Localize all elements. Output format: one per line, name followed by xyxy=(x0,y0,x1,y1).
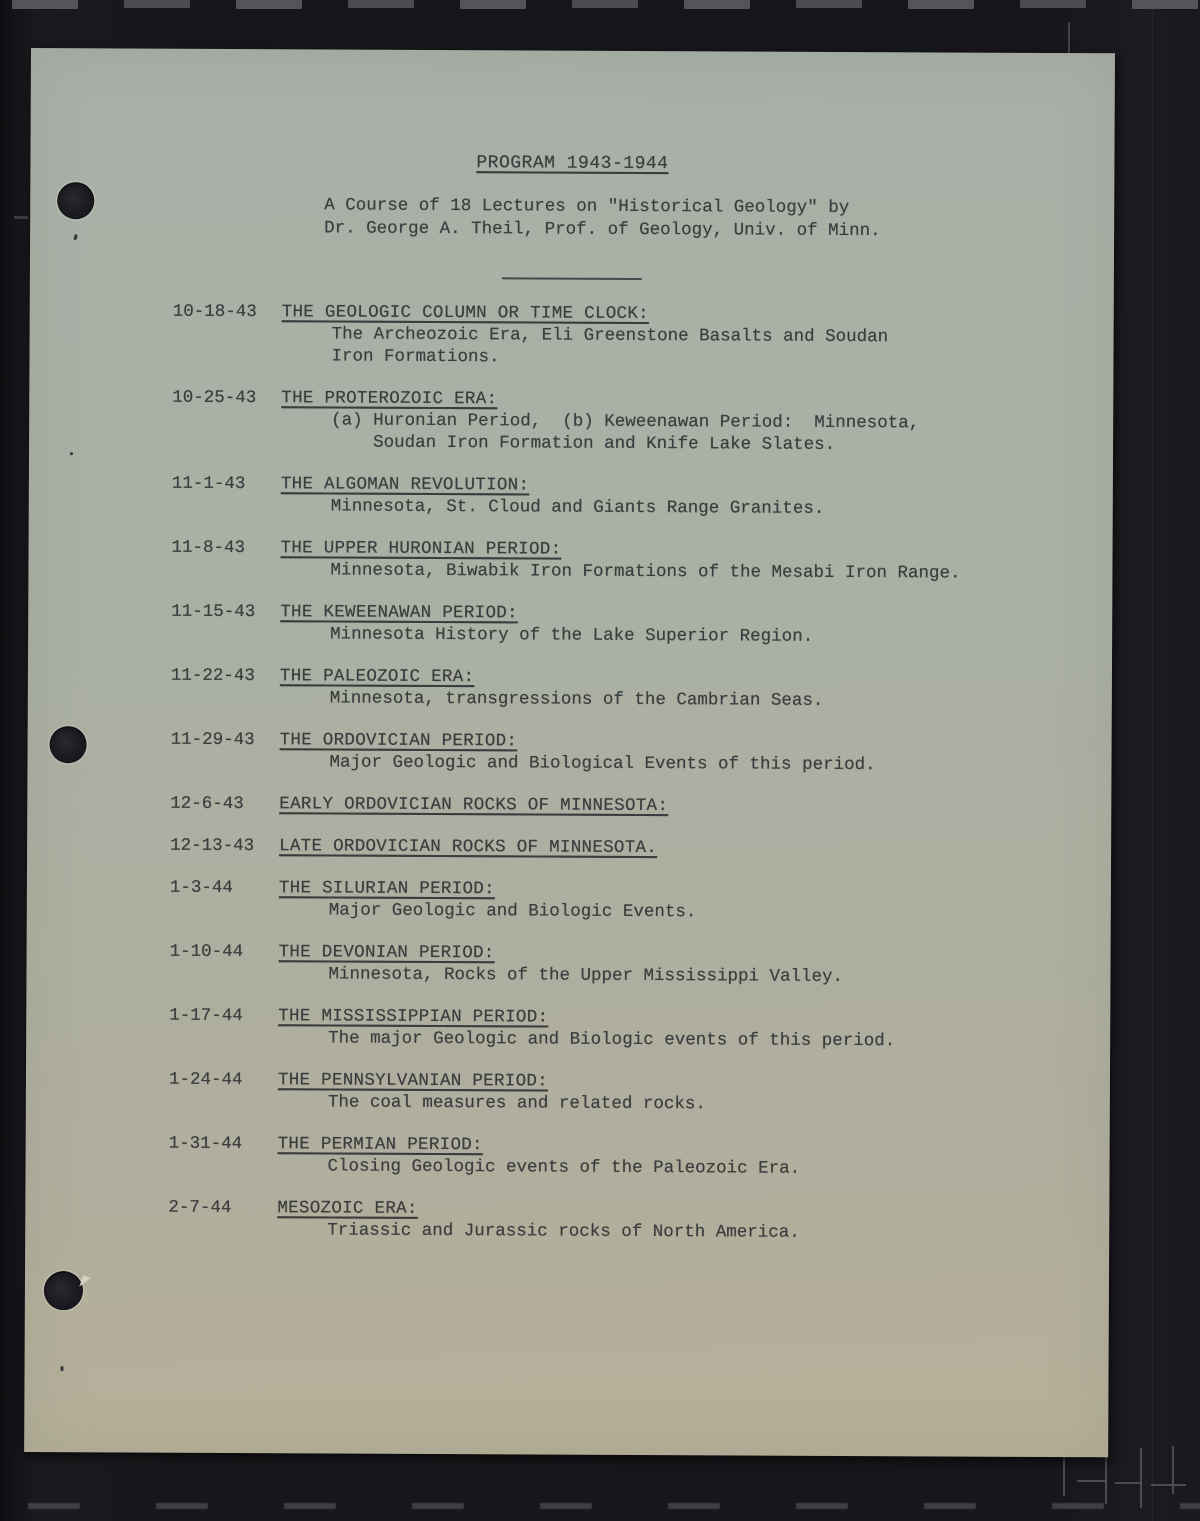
lecture-row: 11-1-43 THE ALGOMAN REVOLUTION: Minnesot… xyxy=(172,473,1073,521)
lecture-title: THE MISSISSIPPIAN PERIOD: xyxy=(278,1005,548,1028)
punch-hole-bottom xyxy=(44,1271,83,1310)
lecture-description: (a) Huronian Period, (b) Keweenawan Peri… xyxy=(281,409,1073,457)
scan-background: PROGRAM 1943-1944 A Course of 18 Lecture… xyxy=(0,0,1200,1521)
sprocket-dash xyxy=(156,1503,208,1509)
sprocket-dash xyxy=(668,1503,720,1509)
sprocket-dash xyxy=(236,0,302,9)
lecture-row: 2-7-44 MESOZOIC ERA: Triassic and Jurass… xyxy=(168,1197,1069,1245)
punch-hole-middle xyxy=(50,726,87,763)
scratch-mark xyxy=(1115,1482,1142,1484)
sprocket-dash xyxy=(1132,0,1198,9)
lecture-title: MESOZOIC ERA: xyxy=(277,1197,418,1220)
lecture-date: 11-22-43 xyxy=(171,665,280,710)
scratch-mark xyxy=(1151,1484,1186,1486)
lecture-description: The coal measures and related rocks. xyxy=(278,1091,1070,1117)
scratch-mark xyxy=(1172,1446,1174,1494)
lecture-row: 12-6-43 EARLY ORDOVICIAN ROCKS OF MINNES… xyxy=(170,793,1071,819)
lecture-date: 2-7-44 xyxy=(168,1197,277,1242)
lecture-title: THE GEOLOGIC COLUMN OR TIME CLOCK: xyxy=(282,301,649,325)
lecture-description: The Archeozoic Era, Eli Greenstone Basal… xyxy=(281,323,1073,371)
lecture-description: Minnesota, St. Cloud and Giants Range Gr… xyxy=(281,495,1073,521)
lecture-date: 1-31-44 xyxy=(168,1133,277,1178)
lecture-description: Major Geologic and Biological Events of … xyxy=(279,751,1071,777)
lecture-row: 10-18-43 THE GEOLOGIC COLUMN OR TIME CLO… xyxy=(172,301,1073,371)
lecture-row: 11-15-43 THE KEWEENAWAN PERIOD: Minnesot… xyxy=(171,601,1072,649)
page-title: PROGRAM 1943-1944 xyxy=(30,150,1114,177)
sprocket-dash xyxy=(348,0,414,8)
sprocket-dash xyxy=(924,1503,976,1509)
lecture-row: 1-17-44 THE MISSISSIPPIAN PERIOD: The ma… xyxy=(169,1005,1070,1053)
document-page: PROGRAM 1943-1944 A Course of 18 Lecture… xyxy=(24,48,1115,1457)
lecture-list: 10-18-43 THE GEOLOGIC COLUMN OR TIME CLO… xyxy=(168,301,1114,1246)
lecture-title: THE PROTEROZOIC ERA: xyxy=(281,387,497,410)
sprocket-strip-top xyxy=(0,0,1200,9)
paper-tear-tab xyxy=(79,1275,90,1289)
ink-speck xyxy=(61,1366,64,1371)
lecture-title: THE ALGOMAN REVOLUTION: xyxy=(281,473,530,496)
lecture-date: 10-18-43 xyxy=(172,301,281,368)
sprocket-dash xyxy=(284,1503,336,1509)
lecture-date: 1-3-44 xyxy=(170,877,279,922)
lecture-row: 11-8-43 THE UPPER HURONIAN PERIOD: Minne… xyxy=(171,537,1072,585)
lecture-date: 12-13-43 xyxy=(170,835,279,858)
lecture-date: 1-17-44 xyxy=(169,1005,278,1050)
punch-hole-top xyxy=(57,182,94,219)
sprocket-dash xyxy=(124,0,190,8)
lecture-row: 1-31-44 THE PERMIAN PERIOD: Closing Geol… xyxy=(168,1133,1069,1181)
lecture-date: 12-6-43 xyxy=(170,793,279,816)
sprocket-dash xyxy=(460,0,526,9)
sprocket-dash xyxy=(572,0,638,8)
separator-rule xyxy=(502,277,642,280)
lecture-title: THE UPPER HURONIAN PERIOD: xyxy=(281,537,562,560)
lecture-title: THE KEWEENAWAN PERIOD: xyxy=(280,601,518,624)
lecture-description: The major Geologic and Biologic events o… xyxy=(278,1027,1070,1053)
sprocket-strip-bottom xyxy=(0,1503,1200,1509)
scratch-mark xyxy=(1105,1450,1107,1504)
film-seam xyxy=(1152,0,1153,1521)
scratch-mark xyxy=(1140,1448,1142,1508)
lecture-title: LATE ORDOVICIAN ROCKS OF MINNESOTA. xyxy=(279,835,657,859)
lecture-date: 10-25-43 xyxy=(172,387,281,454)
scratch-mark xyxy=(1063,1454,1065,1496)
lecture-title: EARLY ORDOVICIAN ROCKS OF MINNESOTA: xyxy=(279,793,668,817)
sprocket-dash xyxy=(540,1503,592,1509)
sprocket-dash xyxy=(796,0,862,8)
lecture-row: 10-25-43 THE PROTEROZOIC ERA: (a) Huroni… xyxy=(172,387,1073,457)
sprocket-dash xyxy=(684,0,750,9)
lecture-date: 1-10-44 xyxy=(169,941,278,986)
lecture-description: Triassic and Jurassic rocks of North Ame… xyxy=(277,1219,1069,1245)
byline-line-2: Dr. George A. Theil, Prof. of Geology, U… xyxy=(324,217,881,243)
lecture-description: Closing Geologic events of the Paleozoic… xyxy=(277,1155,1069,1181)
lecture-date: 11-8-43 xyxy=(171,537,280,582)
lecture-row: 11-29-43 THE ORDOVICIAN PERIOD: Major Ge… xyxy=(170,729,1071,777)
sprocket-dash xyxy=(908,0,974,9)
sprocket-dash xyxy=(28,1503,80,1509)
sprocket-dash xyxy=(1020,0,1086,8)
ink-speck xyxy=(73,234,77,241)
lecture-description: Minnesota History of the Lake Superior R… xyxy=(280,623,1072,649)
lecture-title: THE SILURIAN PERIOD: xyxy=(279,877,495,900)
lecture-row: 12-13-43 LATE ORDOVICIAN ROCKS OF MINNES… xyxy=(170,835,1071,861)
scratch-mark xyxy=(14,216,28,219)
scratch-marks-bottom-right xyxy=(1055,1448,1200,1512)
lecture-date: 11-1-43 xyxy=(172,473,281,518)
lecture-date: 11-15-43 xyxy=(171,601,280,646)
lecture-description: Minnesota, Rocks of the Upper Mississipp… xyxy=(278,963,1070,989)
lecture-date: 1-24-44 xyxy=(169,1069,278,1114)
lecture-row: 1-24-44 THE PENNSYLVANIAN PERIOD: The co… xyxy=(169,1069,1070,1117)
lecture-row: 1-3-44 THE SILURIAN PERIOD: Major Geolog… xyxy=(170,877,1071,925)
lecture-title: THE PALEOZOIC ERA: xyxy=(280,665,475,688)
lecture-description: Minnesota, transgressions of the Cambria… xyxy=(280,687,1072,713)
lecture-title: THE DEVONIAN PERIOD: xyxy=(279,941,495,964)
scratch-mark xyxy=(1077,1480,1107,1482)
sprocket-dash xyxy=(796,1503,848,1509)
lecture-title: THE ORDOVICIAN PERIOD: xyxy=(280,729,518,752)
sprocket-dash xyxy=(412,1503,464,1509)
sprocket-dash xyxy=(12,0,78,9)
lecture-description: Minnesota, Biwabik Iron Formations of th… xyxy=(280,559,1072,585)
lecture-title: THE PERMIAN PERIOD: xyxy=(278,1133,483,1156)
byline: A Course of 18 Lectures on "Historical G… xyxy=(324,194,881,243)
lecture-date: 11-29-43 xyxy=(170,729,279,774)
lecture-row: 1-10-44 THE DEVONIAN PERIOD: Minnesota, … xyxy=(169,941,1070,989)
lecture-title: THE PENNSYLVANIAN PERIOD: xyxy=(278,1069,548,1092)
lecture-row: 11-22-43 THE PALEOZOIC ERA: Minnesota, t… xyxy=(171,665,1072,713)
byline-line-1: A Course of 18 Lectures on "Historical G… xyxy=(324,194,881,220)
lecture-description: Major Geologic and Biologic Events. xyxy=(279,899,1071,925)
ink-speck xyxy=(70,452,73,455)
